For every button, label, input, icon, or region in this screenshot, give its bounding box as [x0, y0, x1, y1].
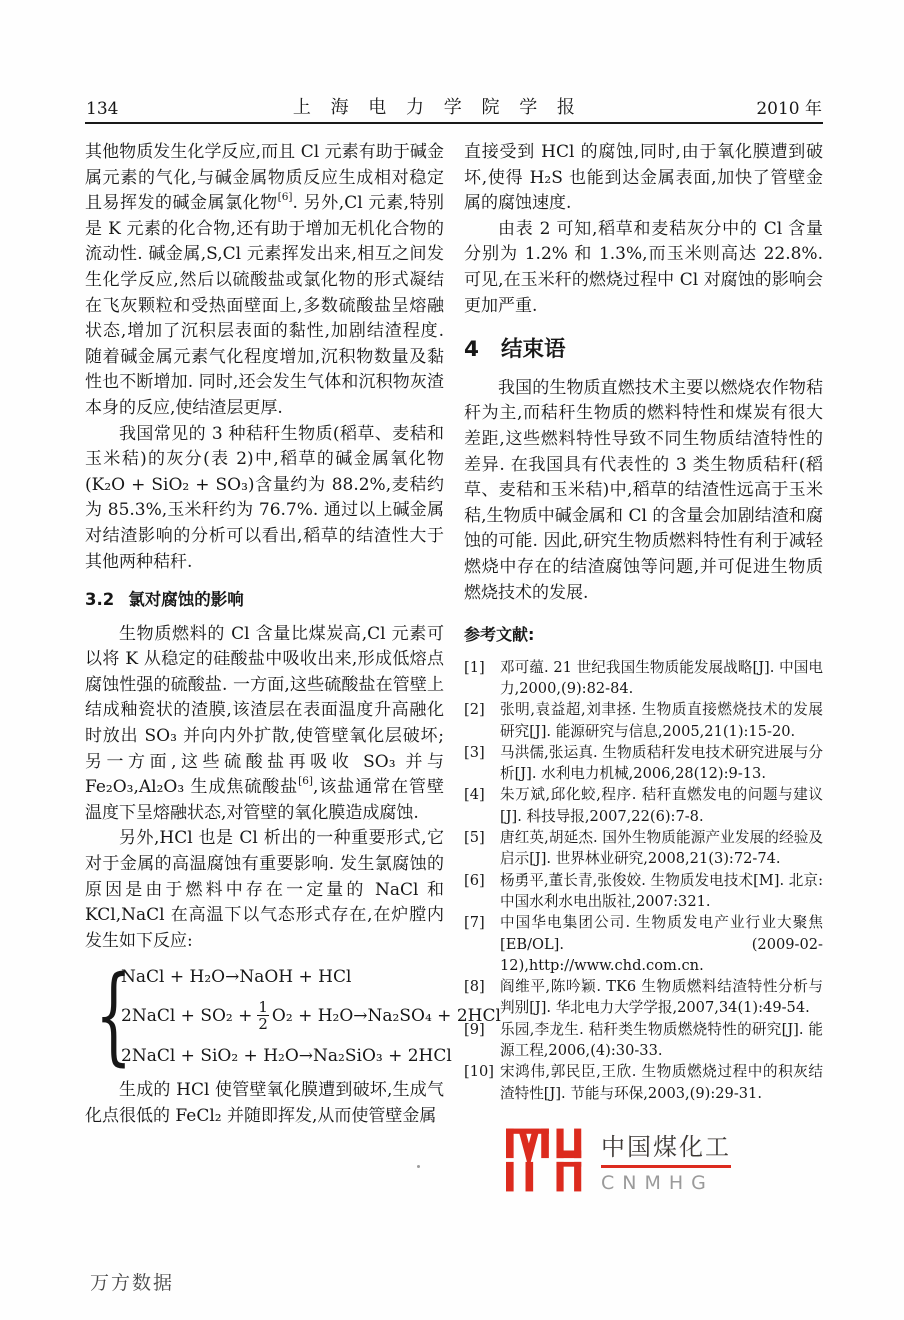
reference-item: [6]杨勇平,董长青,张俊姣. 生物质发电技术[M]. 北京:中国水利水电出版社…	[464, 870, 823, 913]
reference-text: 张明,袁益超,刘聿拯. 生物质直接燃烧技术的发展研究[J]. 能源研究与信息,2…	[500, 699, 823, 742]
reference-text: 宋鸿伟,郭民臣,王欣. 生物质燃烧过程中的积灰结渣特性[J]. 节能与环保,20…	[500, 1061, 823, 1104]
fraction-numerator: 1	[258, 999, 268, 1015]
section-title: 氯对腐蚀的影响	[128, 587, 244, 613]
references-list: [1]邓可蕴. 21 世纪我国生物质能发展战略[J]. 中国电力,2000,(9…	[464, 657, 823, 1104]
citation-superscript: [6]	[298, 775, 313, 787]
reference-item: [2]张明,袁益超,刘聿拯. 生物质直接燃烧技术的发展研究[J]. 能源研究与信…	[464, 699, 823, 742]
paragraph: 生物质燃料的 Cl 含量比煤炭高,Cl 元素可以将 K 从稳定的硅酸盐中吸收出来…	[85, 622, 444, 827]
equation-1: NaCl + H₂O→NaOH + HCl	[121, 962, 444, 992]
reference-label: [10]	[464, 1061, 500, 1082]
equation-text: 2NaCl + SO₂ +	[121, 1001, 252, 1031]
two-column-body: 其他物质发生化学反应,而且 Cl 元素有助于碱金属元素的气化,与碱金属物质反应生…	[85, 140, 823, 1130]
section-heading-4: 4 结束语	[464, 337, 823, 363]
reference-text: 阎维平,陈吟颖. TK6 生物质燃料结渣特性分析与判别[J]. 华北电力大学学报…	[500, 976, 823, 1019]
reference-label: [2]	[464, 699, 500, 720]
reference-label: [6]	[464, 870, 500, 891]
reference-label: [7]	[464, 912, 500, 933]
reference-text: 杨勇平,董长青,张俊姣. 生物质发电技术[M]. 北京:中国水利水电出版社,20…	[500, 870, 823, 913]
scan-artifact-dot	[417, 1165, 420, 1168]
reference-text: 中国华电集团公司. 生物质发电产业行业大聚焦[EB/OL]. (2009-02-…	[500, 912, 823, 976]
left-brace: {	[95, 959, 132, 1071]
logo-text-block: 中国煤化工 CNMHG	[601, 1127, 731, 1194]
paragraph: 我国常见的 3 种秸秆生物质(稻草、麦秸和玉米秸)的灰分(表 2)中,稻草的碱金…	[85, 422, 444, 576]
page-header: 134 上 海 电 力 学 院 学 报 2010 年	[86, 93, 822, 119]
section-number: 3.2	[85, 587, 114, 613]
reference-label: [3]	[464, 742, 500, 763]
paragraph: 由表 2 可知,稻草和麦秸灰分中的 Cl 含量分别为 1.2% 和 1.3%,而…	[464, 217, 823, 319]
reference-item: [4]朱万斌,邱化蛟,程序. 秸秆直燃发电的问题与建议[J]. 科技导报,200…	[464, 784, 823, 827]
fraction: 1 2	[257, 999, 269, 1032]
paragraph-text: 生物质燃料的 Cl 含量比煤炭高,Cl 元素可以将 K 从稳定的硅酸盐中吸收出来…	[85, 624, 444, 798]
right-column: 直接受到 HCl 的腐蚀,同时,由于氧化膜遭到破坏,使得 H₂S 也能到达金属表…	[464, 140, 823, 1130]
wanfang-data-watermark: 万方数据	[90, 1268, 174, 1295]
reference-item: [10]宋鸿伟,郭民臣,王欣. 生物质燃烧过程中的积灰结渣特性[J]. 节能与环…	[464, 1061, 823, 1104]
reaction-equations: { NaCl + H₂O→NaOH + HCl 2NaCl + SO₂ + 1 …	[121, 962, 444, 1074]
reference-item: [7]中国华电集团公司. 生物质发电产业行业大聚焦[EB/OL]. (2009-…	[464, 912, 823, 976]
reference-item: [8]阎维平,陈吟颖. TK6 生物质燃料结渣特性分析与判别[J]. 华北电力大…	[464, 976, 823, 1019]
equation-text: O₂ + H₂O→Na₂SO₄ + 2HCl	[272, 1001, 501, 1031]
paragraph: 我国的生物质直燃技术主要以燃烧农作物秸秆为主,而秸秆生物质的燃料特性和煤炭有很大…	[464, 376, 823, 606]
paragraph-text: . 另外,Cl 元素,特别是 K 元素的化合物,还有助于增加无机化合物的流动性.…	[85, 193, 444, 418]
reference-item: [1]邓可蕴. 21 世纪我国生物质能发展战略[J]. 中国电力,2000,(9…	[464, 657, 823, 700]
scanned-paper-page: 134 上 海 电 力 学 院 学 报 2010 年 其他物质发生化学反应,而且…	[0, 0, 904, 1320]
paragraph: 生成的 HCl 使管壁氧化膜遭到破坏,生成气化点很低的 FeCl₂ 并随即挥发,…	[85, 1078, 444, 1129]
section-heading-3-2: 3.2 氯对腐蚀的影响	[85, 587, 444, 613]
reference-item: [5]唐红英,胡延杰. 国外生物质能源产业发展的经验及启示[J]. 世界林业研究…	[464, 827, 823, 870]
page-number: 134	[86, 99, 118, 119]
reference-label: [5]	[464, 827, 500, 848]
left-column: 其他物质发生化学反应,而且 Cl 元素有助于碱金属元素的气化,与碱金属物质反应生…	[85, 140, 444, 1130]
header-rule	[85, 122, 823, 124]
logo-chinese-name: 中国煤化工	[601, 1127, 731, 1168]
section-number: 4	[464, 337, 479, 363]
coal-chem-logo-icon	[506, 1127, 586, 1193]
coal-chem-watermark-logo: 中国煤化工 CNMHG	[506, 1127, 731, 1194]
reference-text: 朱万斌,邱化蛟,程序. 秸秆直燃发电的问题与建议[J]. 科技导报,2007,2…	[500, 784, 823, 827]
citation-superscript: [6]	[278, 191, 293, 203]
reference-item: [3]马洪儒,张运真. 生物质秸秆发电技术研究进展与分析[J]. 水利电力机械,…	[464, 742, 823, 785]
reference-text: 唐红英,胡延杰. 国外生物质能源产业发展的经验及启示[J]. 世界林业研究,20…	[500, 827, 823, 870]
logo-latin-abbr: CNMHG	[601, 1172, 731, 1194]
reference-label: [4]	[464, 784, 500, 805]
reference-text: 邓可蕴. 21 世纪我国生物质能发展战略[J]. 中国电力,2000,(9):8…	[500, 657, 823, 700]
reference-item: [9]乐园,李龙生. 秸秆类生物质燃烧特性的研究[J]. 能源工程,2006,(…	[464, 1019, 823, 1062]
fraction-denominator: 2	[257, 1015, 269, 1032]
paragraph: 直接受到 HCl 的腐蚀,同时,由于氧化膜遭到破坏,使得 H₂S 也能到达金属表…	[464, 140, 823, 217]
references-heading: 参考文献:	[464, 622, 823, 648]
journal-title: 上 海 电 力 学 院 学 报	[293, 93, 582, 119]
section-title: 结束语	[501, 337, 566, 363]
reference-label: [8]	[464, 976, 500, 997]
year-label: 2010 年	[756, 94, 822, 119]
paragraph: 另外,HCl 也是 Cl 析出的一种重要形式,它对于金属的高温腐蚀有重要影响. …	[85, 826, 444, 954]
reference-text: 乐园,李龙生. 秸秆类生物质燃烧特性的研究[J]. 能源工程,2006,(4):…	[500, 1019, 823, 1062]
equation-2: 2NaCl + SO₂ + 1 2 O₂ + H₂O→Na₂SO₄ + 2HCl	[121, 992, 444, 1039]
reference-text: 马洪儒,张运真. 生物质秸秆发电技术研究进展与分析[J]. 水利电力机械,200…	[500, 742, 823, 785]
reference-label: [1]	[464, 657, 500, 678]
paragraph: 其他物质发生化学反应,而且 Cl 元素有助于碱金属元素的气化,与碱金属物质反应生…	[85, 140, 444, 422]
equation-3: 2NaCl + SiO₂ + H₂O→Na₂SiO₃ + 2HCl	[121, 1039, 444, 1074]
